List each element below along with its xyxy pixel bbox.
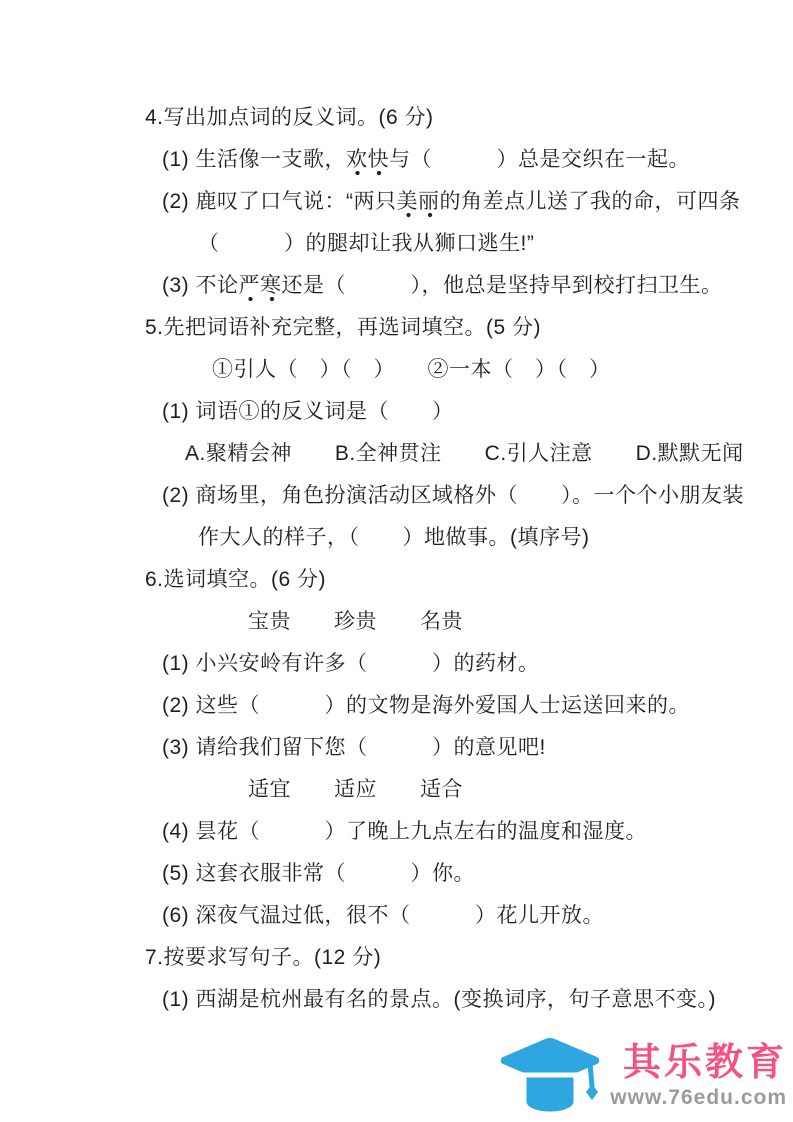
text-line: A.聚精会神 B.全神贯注 C.引人注意 D.默默无闻 [185, 433, 793, 475]
text-segment: (1) 小兴安岭有许多（ ）的药材。 [162, 652, 540, 675]
site-watermark: 其乐教育 www.76edu.com [494, 1034, 787, 1116]
text-segment: 与（ ）总是交织在一起。 [389, 148, 690, 171]
brand-name: 其乐教育 [623, 1041, 787, 1085]
text-line: (1) 生活像一支歌，欢快与（ ）总是交织在一起。 [162, 139, 793, 181]
text-segment: 7.按要求写句子。(12 分) [145, 946, 381, 969]
text-segment: 作大人的样子，（ ）地做事。(填序号) [198, 526, 590, 549]
text-line: (5) 这套衣服非常（ ）你。 [162, 853, 793, 895]
emphasized-word: 严寒 [239, 274, 282, 302]
test-paper-page: 4.写出加点词的反义词。(6 分)(1) 生活像一支歌，欢快与（ ）总是交织在一… [0, 0, 793, 1122]
text-segment: (1) 西湖是杭州最有名的景点。(变换词序，句子意思不变。) [162, 988, 716, 1011]
text-line: (2) 这些（ ）的文物是海外爱国人士运送回来的。 [162, 685, 793, 727]
text-line: (6) 深夜气温过低，很不（ ）花儿开放。 [162, 895, 793, 937]
text-segment: (4) 昙花（ ）了晚上九点左右的温度和湿度。 [162, 820, 647, 843]
text-line: 作大人的样子，（ ）地做事。(填序号) [198, 517, 793, 559]
text-line: (1) 西湖是杭州最有名的景点。(变换词序，句子意思不变。) [162, 979, 793, 1021]
text-segment: 适宜 适应 适合 [248, 778, 463, 801]
text-line: (3) 请给我们留下您（ ）的意见吧! [162, 727, 793, 769]
emphasized-word: 欢快 [346, 148, 389, 176]
text-line: (1) 小兴安岭有许多（ ）的药材。 [162, 643, 793, 685]
text-line: 宝贵 珍贵 名贵 [248, 601, 793, 643]
text-segment: (2) 商场里，角色扮演活动区域格外（ ）。一个个小朋友装 [162, 484, 744, 507]
text-segment: 4.写出加点词的反义词。(6 分) [145, 106, 434, 129]
text-line: 5.先把词语补充完整，再选词填空。(5 分) [145, 307, 793, 349]
text-line: 6.选词填空。(6 分) [145, 559, 793, 601]
text-line: 适宜 适应 适合 [248, 769, 793, 811]
text-line: ①引人（ ）（ ） ②一本（ ）（ ） [212, 349, 793, 391]
brand-url: www.76edu.com [610, 1086, 787, 1110]
watermark-text: 其乐教育 www.76edu.com [610, 1041, 787, 1110]
text-segment: 宝贵 珍贵 名贵 [248, 610, 463, 633]
text-segment: (5) 这套衣服非常（ ）你。 [162, 862, 475, 885]
text-segment: 的角差点儿送了我的命，可四条 [440, 190, 741, 213]
text-segment: ①引人（ ）（ ） ②一本（ ）（ ） [212, 358, 611, 381]
text-segment: (2) 鹿叹了口气说：“两只 [162, 190, 397, 213]
text-line: (3) 不论严寒还是（ ），他总是坚持早到校打扫卫生。 [162, 265, 793, 307]
text-line: 4.写出加点词的反义词。(6 分) [145, 97, 793, 139]
text-line: （ ）的腿却让我从狮口逃生!” [198, 223, 793, 265]
text-line: (2) 鹿叹了口气说：“两只美丽的角差点儿送了我的命，可四条 [162, 181, 793, 223]
text-segment: (1) 词语①的反义词是（ ） [162, 400, 454, 423]
text-line: (4) 昙花（ ）了晚上九点左右的温度和湿度。 [162, 811, 793, 853]
text-segment: A.聚精会神 B.全神贯注 C.引人注意 D.默默无闻 [185, 442, 744, 465]
text-line: (1) 词语①的反义词是（ ） [162, 391, 793, 433]
graduation-cap-icon [494, 1034, 606, 1116]
text-segment: (2) 这些（ ）的文物是海外爱国人士运送回来的。 [162, 694, 690, 717]
text-segment: 6.选词填空。(6 分) [145, 568, 326, 591]
text-line: 7.按要求写句子。(12 分) [145, 937, 793, 979]
text-segment: (1) 生活像一支歌， [162, 148, 346, 171]
emphasized-word: 美丽 [397, 190, 440, 218]
text-segment: 还是（ ），他总是坚持早到校打扫卫生。 [282, 274, 723, 297]
text-segment: (3) 请给我们留下您（ ）的意见吧! [162, 736, 546, 759]
text-segment: 5.先把词语补充完整，再选词填空。(5 分) [145, 316, 541, 339]
text-segment: (6) 深夜气温过低，很不（ ）花儿开放。 [162, 904, 604, 927]
text-segment: （ ）的腿却让我从狮口逃生!” [198, 232, 534, 255]
test-paper-body: 4.写出加点词的反义词。(6 分)(1) 生活像一支歌，欢快与（ ）总是交织在一… [0, 0, 793, 1021]
text-segment: (3) 不论 [162, 274, 239, 297]
text-line: (2) 商场里，角色扮演活动区域格外（ ）。一个个小朋友装 [162, 475, 793, 517]
